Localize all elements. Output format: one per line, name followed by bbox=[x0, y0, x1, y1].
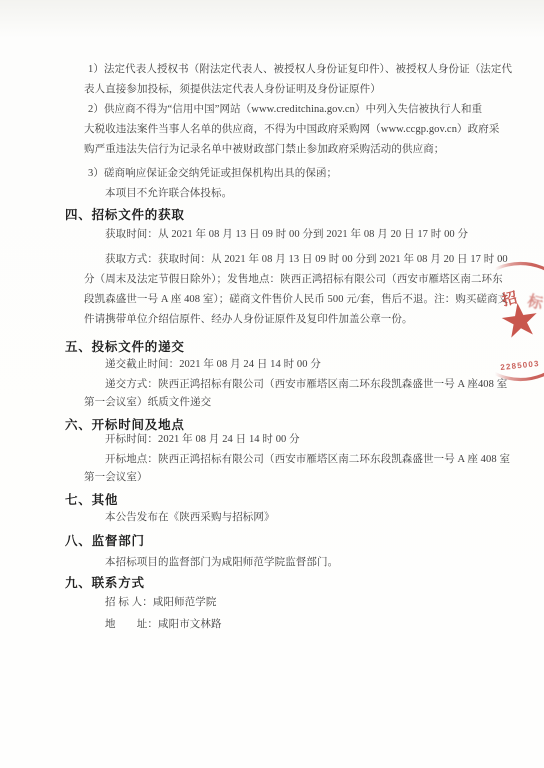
doc-line: 开标地点：陕西正鸿招标有限公司（西安市雁塔区南二环东段凯森盛世一号 A 座 40… bbox=[65, 450, 535, 470]
heading-section-5-bid-submission: 五、投标文件的递交 bbox=[65, 337, 535, 357]
doc-line: 大税收违法案件当事人名单的供应商，不得为中国政府采购网（www.ccgp.gov… bbox=[65, 120, 535, 140]
doc-line: 获取方式：获取时间：从 2021 年 08 月 13 日 09 时 00 分到 … bbox=[65, 250, 535, 270]
doc-line: 购严重违法失信行为记录名单中被财政部门禁止参加政府采购活动的供应商； bbox=[65, 140, 535, 160]
doc-line: 1）法定代表人授权书（附法定代表人、被授权人身份证复印件）、被授权人身份证（法定… bbox=[65, 60, 535, 80]
doc-line: 地 址：咸阳市文林路 bbox=[65, 615, 535, 635]
doc-line: 第一会议室） bbox=[65, 468, 535, 488]
doc-line: 段凯森盛世一号 A 座 408 室）；磋商文件售价人民币 500 元/套，售后不… bbox=[65, 290, 535, 310]
doc-line: 招 标 人：咸阳师范学院 bbox=[65, 593, 535, 613]
doc-line: 表人直接参加投标，须提供法定代表人身份证明及身份证原件） bbox=[65, 80, 535, 100]
doc-line: 2）供应商不得为“信用中国”网站（www.creditchina.gov.cn）… bbox=[65, 100, 535, 120]
doc-line: 3）磋商响应保证金交纳凭证或担保机构出具的保函； bbox=[65, 164, 535, 184]
doc-line: 本项目不允许联合体投标。 bbox=[65, 184, 535, 204]
doc-line: 件请携带单位介绍信原件、经办人身份证原件及复印件加盖公章一份。 bbox=[65, 310, 535, 330]
doc-line: 本招标项目的监督部门为咸阳师范学院监督部门。 bbox=[65, 553, 535, 573]
doc-line: 分（周末及法定节假日除外）；发售地点：陕西正鸿招标有限公司（西安市雁塔区南二环东 bbox=[65, 270, 535, 290]
heading-section-8-supervision-department: 八、监督部门 bbox=[65, 531, 535, 551]
doc-line: 递交截止时间：2021 年 08 月 24 日 14 时 00 分 bbox=[65, 355, 535, 375]
heading-section-4-obtaining-bid-documents: 四、招标文件的获取 bbox=[65, 205, 535, 225]
doc-line: 本公告发布在《陕西采购与招标网》 bbox=[65, 508, 535, 528]
document-body: 1）法定代表人授权书（附法定代表人、被授权人身份证复印件）、被授权人身份证（法定… bbox=[65, 60, 535, 635]
heading-section-9-contact-information: 九、联系方式 bbox=[65, 573, 535, 593]
doc-line: 开标时间：2021 年 08 月 24 日 14 时 00 分 bbox=[65, 430, 535, 450]
doc-line: 第一会议室）纸质文件递交 bbox=[65, 393, 535, 413]
scanned-document-page: 1）法定代表人授权书（附法定代表人、被授权人身份证复印件）、被授权人身份证（法定… bbox=[0, 0, 544, 768]
doc-line: 递交方式：陕西正鸿招标有限公司（西安市雁塔区南二环东段凯森盛世一号 A 座408… bbox=[65, 375, 535, 395]
doc-line: 获取时间：从 2021 年 08 月 13 日 09 时 00 分到 2021 … bbox=[65, 225, 535, 245]
heading-section-7-other: 七、其他 bbox=[65, 490, 535, 510]
